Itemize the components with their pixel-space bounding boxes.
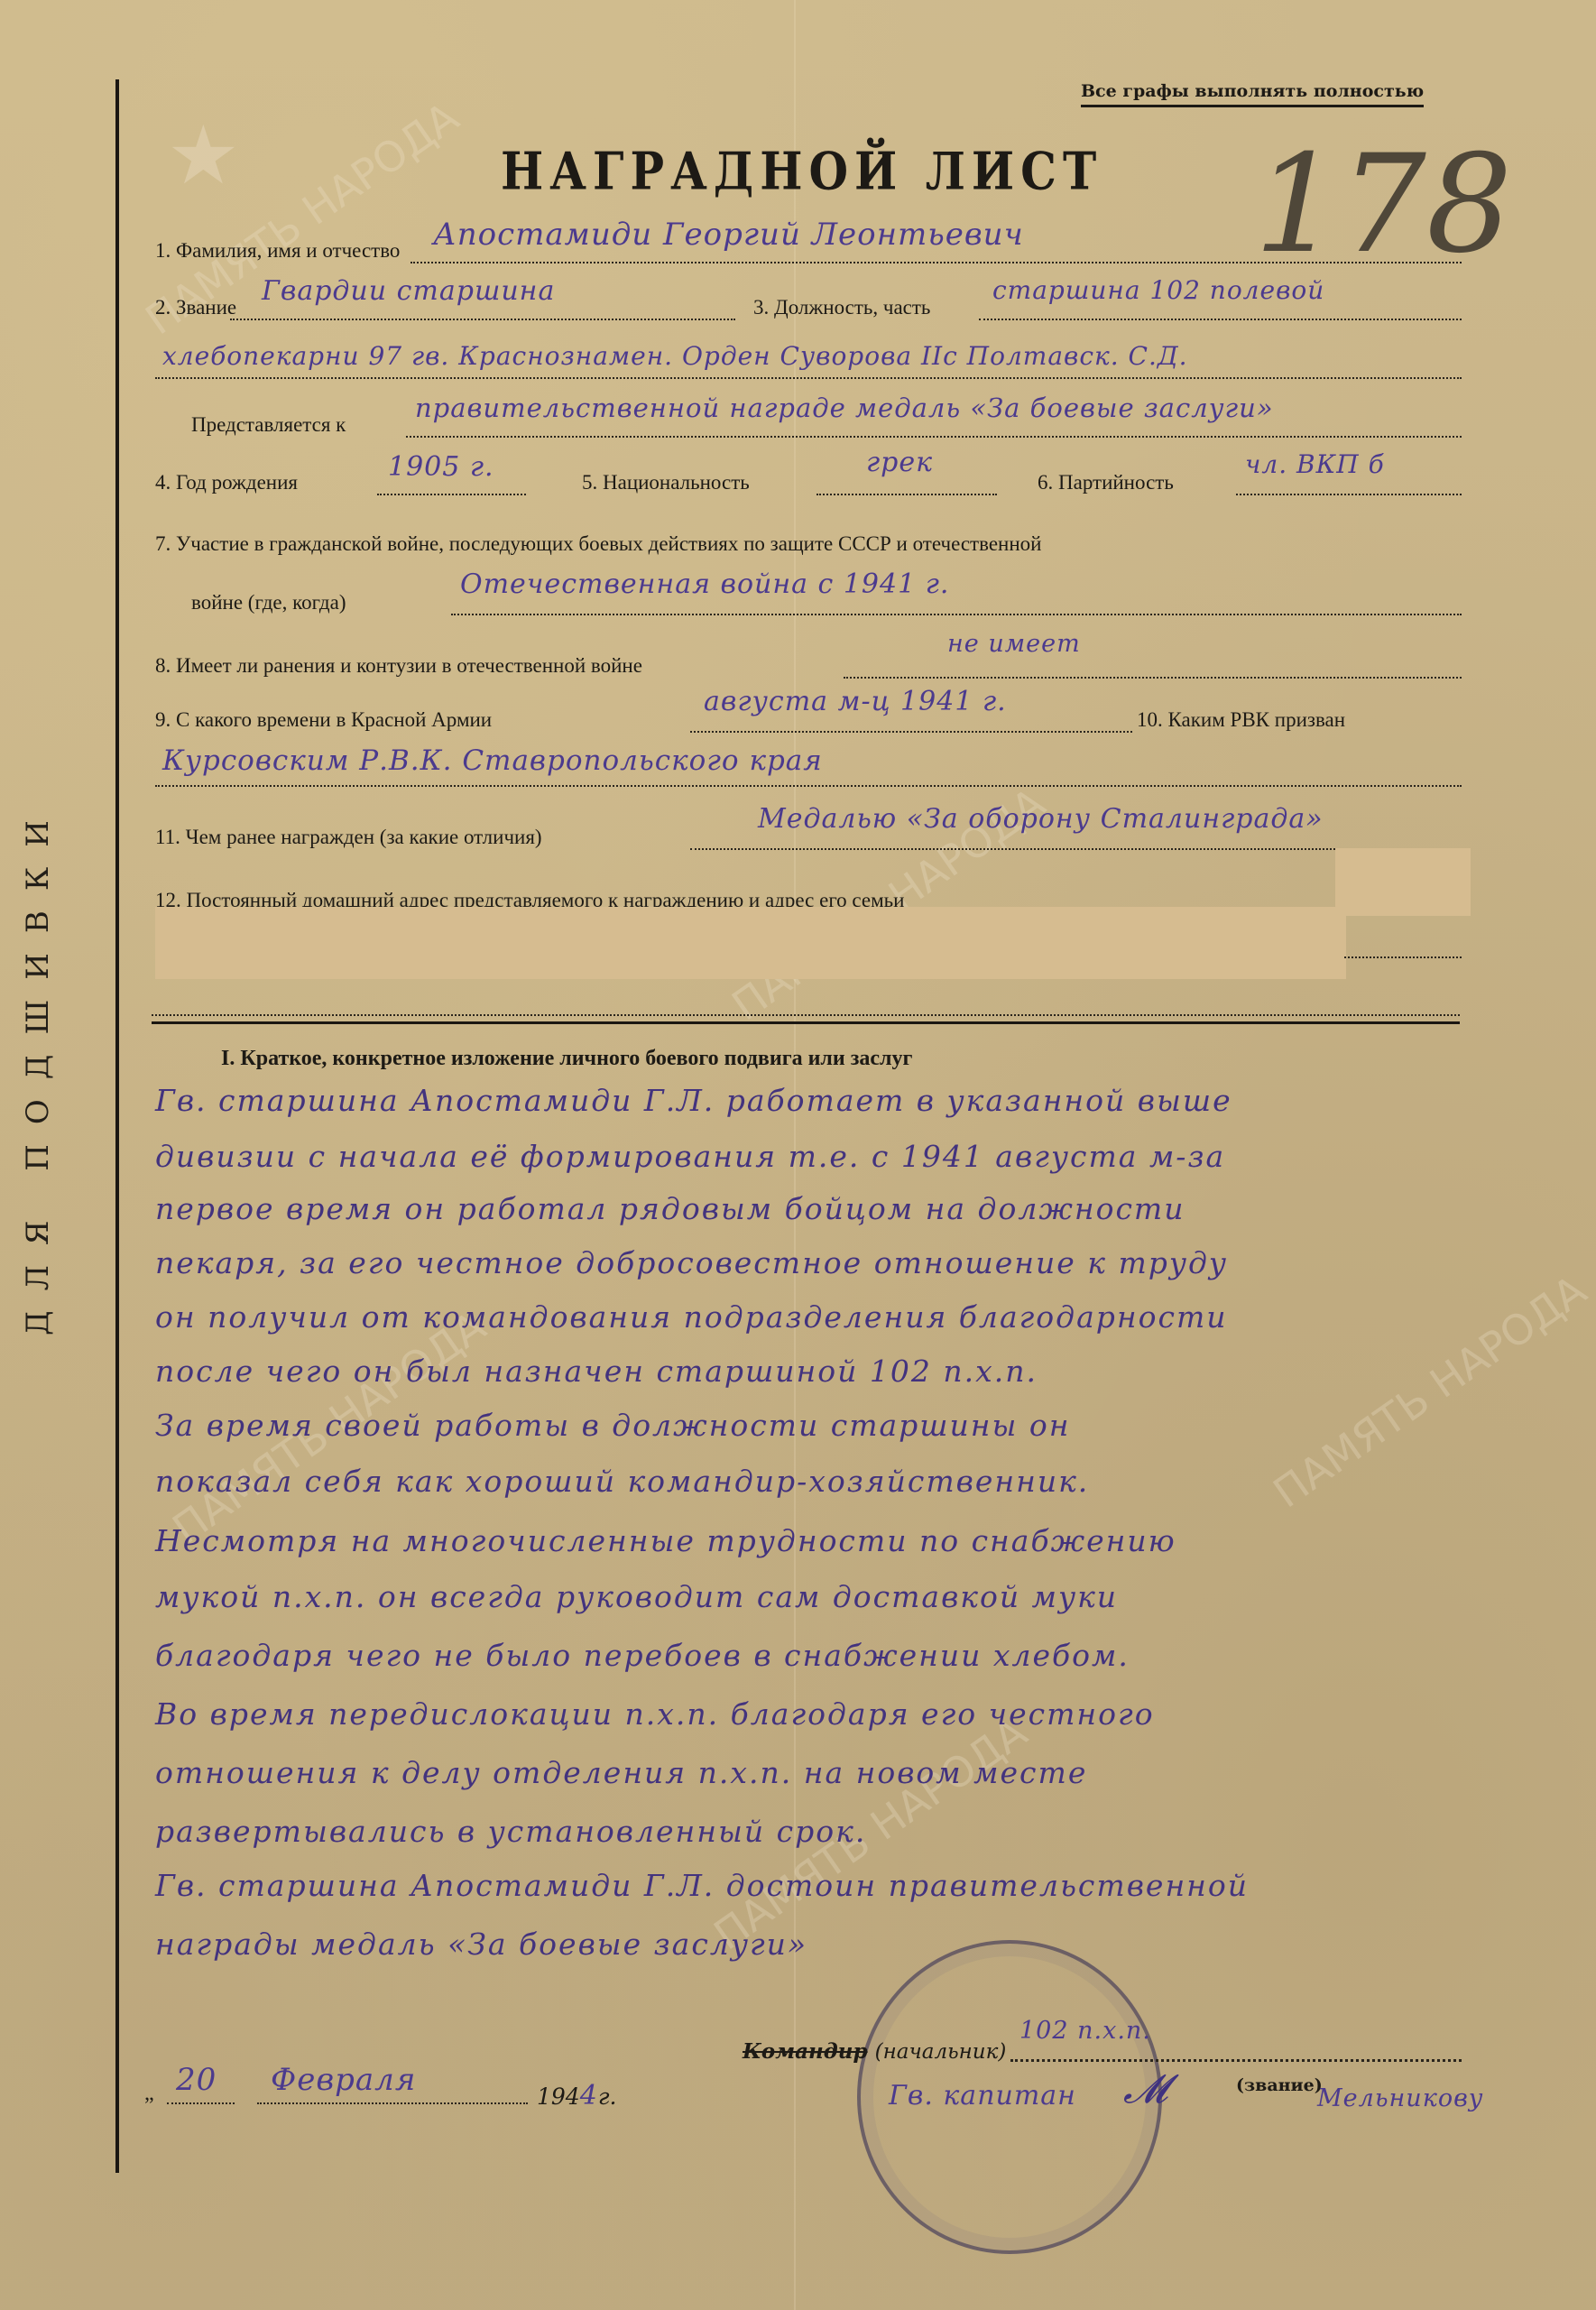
- field-4-label: 4. Год рождения: [155, 471, 298, 494]
- signature-scrawl: 𝓜: [1123, 2066, 1168, 2112]
- date-year-g: г.: [598, 2084, 617, 2110]
- section-divider: [152, 1021, 1460, 1024]
- date-year-suffix: 4: [580, 2080, 598, 2111]
- field-3-cont-line: [155, 377, 1462, 379]
- signer-name: Мельникову: [1317, 2084, 1483, 2112]
- narrative-line: после чего он был назначен старшиной 102…: [155, 1354, 1038, 1389]
- field-9-value: августа м-ц 1941 г.: [704, 686, 1007, 717]
- field-7-row: 7. Участие в гражданской войне, последую…: [155, 532, 1041, 556]
- binding-label: ДЛЯ ПОДШИВКИ: [20, 800, 56, 1335]
- unit-value: 102 п.х.п.: [1019, 2017, 1151, 2045]
- date-month-line: [257, 2102, 528, 2104]
- narrative-line: Во время передислокации п.х.п. благодаря…: [155, 1696, 1155, 1732]
- page-title: НАГРАДНОЙ ЛИСТ: [501, 141, 1102, 202]
- sheet-number: 178: [1254, 126, 1512, 283]
- field-2-label: 2. Звание: [155, 296, 236, 319]
- rank-value: Гв. капитан: [889, 2080, 1076, 2111]
- field-8-label: 8. Имеет ли ранения и контузии в отечест…: [155, 654, 642, 677]
- date-year: 1944г.: [537, 2080, 616, 2111]
- chief-label: (начальник): [875, 2040, 1007, 2064]
- field-10-value: Курсовским Р.В.К. Ставропольского края: [162, 744, 823, 777]
- field-5-line: [816, 494, 997, 495]
- field-5-row: 5. Национальность: [582, 471, 750, 494]
- field-12-line: [1344, 956, 1462, 958]
- field-4-row: 4. Год рождения: [155, 471, 298, 494]
- field-4-line: [377, 494, 526, 495]
- narrative-line: награды медаль «За боевые заслуги»: [155, 1927, 807, 1962]
- field-3-line: [979, 319, 1462, 320]
- date-month: Февраля: [271, 2062, 416, 2098]
- narrative-line: благодаря чего не было перебоев в снабже…: [155, 1638, 1130, 1673]
- field-11-row: 11. Чем ранее награжден (за какие отличи…: [155, 826, 542, 849]
- field-10-line: [155, 785, 1462, 787]
- redacted-address-part: [1335, 848, 1471, 916]
- rank-label: (звание): [1236, 2075, 1323, 2095]
- narrative-line: Гв. старшина Апостамиди Г.Л. достоин пра…: [155, 1868, 1249, 1903]
- nominated-line: [406, 436, 1462, 438]
- field-8-line: [844, 677, 1462, 679]
- field-2-line: [230, 319, 735, 320]
- field-6-label: 6. Партийность: [1038, 471, 1174, 494]
- field-10-label: 10. Каким РВК призван: [1137, 708, 1345, 731]
- field-7-row-cont: войне (где, когда): [191, 591, 346, 614]
- narrative-line: Гв. старшина Апостамиди Г.Л. работает в …: [155, 1083, 1232, 1118]
- date-day: 20: [176, 2062, 217, 2098]
- field-6-value: чл. ВКП б: [1245, 449, 1385, 479]
- section-title: I. Краткое, конкретное изложение личного…: [221, 1047, 912, 1071]
- nominated-row: Представляется к: [191, 413, 346, 437]
- nominated-label: Представляется к: [191, 413, 346, 436]
- narrative-line: дивизии с начала её формирования т.е. с …: [155, 1139, 1225, 1174]
- field-1-label: 1. Фамилия, имя и отчество: [155, 239, 400, 262]
- narrative-line: За время своей работы в должности старши…: [155, 1408, 1071, 1443]
- narrative-line: мукой п.х.п. он всегда руководит сам дос…: [155, 1579, 1118, 1614]
- field-6-row: 6. Партийность: [1038, 471, 1174, 494]
- fill-instruction: Все графы выполнять полностью: [1081, 81, 1424, 107]
- field-5-value: грек: [866, 447, 933, 478]
- field-3-label: 3. Должность, часть: [753, 296, 930, 319]
- field-3-value: старшина 102 полевой: [992, 275, 1324, 305]
- narrative-line: показал себя как хороший командир-хозяйс…: [155, 1464, 1089, 1499]
- field-1-line: [411, 262, 1462, 263]
- date-year-prefix: 194: [537, 2084, 580, 2110]
- nominated-value: правительственной награде медаль «За бое…: [415, 393, 1274, 423]
- field-2-row: 2. Звание: [155, 296, 236, 319]
- narrative-line: Несмотря на многочисленные трудности по …: [155, 1523, 1176, 1558]
- watermark-star-icon: ★: [167, 108, 240, 203]
- field-7-line: [451, 614, 1462, 615]
- field-8-row: 8. Имеет ли ранения и контузии в отечест…: [155, 654, 642, 678]
- field-3-value-cont: хлебопекарни 97 гв. Краснознамен. Орден …: [162, 341, 1188, 371]
- narrative-line: первое время он работал рядовым бойцом н…: [155, 1191, 1185, 1226]
- field-7-value: Отечественная война с 1941 г.: [460, 568, 949, 600]
- narrative-line: развертывались в установленный срок.: [155, 1814, 866, 1849]
- date-row: „: [144, 2080, 154, 2106]
- field-7-label: 7. Участие в гражданской войне, последую…: [155, 532, 1041, 555]
- binding-margin-line: [115, 79, 119, 2173]
- field-2-value: Гвардии старшина: [262, 275, 555, 307]
- field-9-line: [690, 731, 1132, 733]
- field-1-row: 1. Фамилия, имя и отчество: [155, 239, 400, 263]
- field-1-value: Апостамиди Георгий Леонтьевич: [433, 217, 1024, 253]
- field-7-label-cont: войне (где, когда): [191, 591, 346, 614]
- section-divider-dotted: [152, 1014, 1460, 1016]
- field-6-line: [1236, 494, 1462, 495]
- field-10-row: 10. Каким РВК призван: [1137, 708, 1345, 732]
- narrative-line: отношения к делу отделения п.х.п. на нов…: [155, 1755, 1087, 1790]
- field-11-label: 11. Чем ранее награжден (за какие отличи…: [155, 826, 542, 848]
- commander-label: Командир (начальник): [743, 2039, 1006, 2064]
- narrative-line: пекаря, за его честное добросовестное от…: [155, 1245, 1228, 1280]
- field-11-value: Медалью «За оборону Сталинграда»: [758, 803, 1324, 835]
- field-4-value: 1905 г.: [388, 451, 494, 483]
- commander-line: [1010, 2059, 1462, 2062]
- field-8-value: не имеет: [947, 630, 1081, 658]
- redacted-address: [155, 907, 1346, 979]
- field-5-label: 5. Национальность: [582, 471, 750, 494]
- field-9-label: 9. С какого времени в Красной Армии: [155, 708, 492, 731]
- date-day-line: [167, 2102, 235, 2104]
- field-3-row: 3. Должность, часть: [753, 296, 930, 319]
- narrative-line: он получил от командования подразделения…: [155, 1299, 1228, 1335]
- field-9-row: 9. С какого времени в Красной Армии: [155, 708, 492, 732]
